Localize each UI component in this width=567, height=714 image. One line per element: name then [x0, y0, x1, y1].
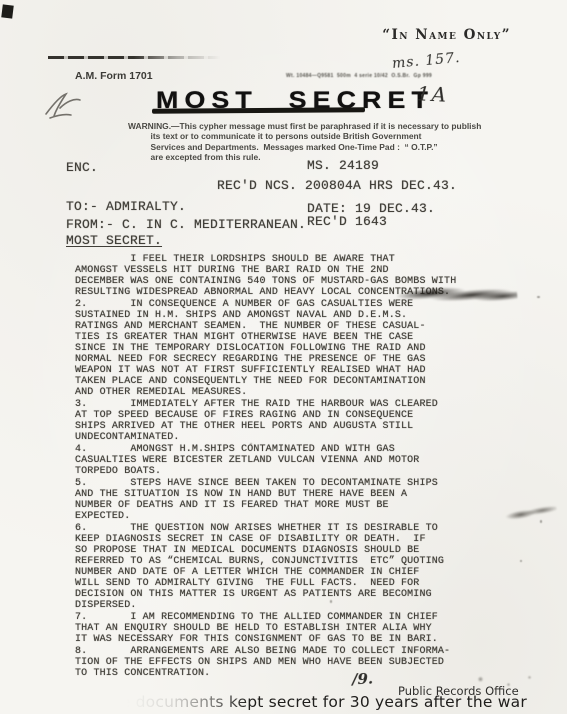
typed-line: I FEEL THEIR LORDSHIPS SHOULD BE AWARE T… [75, 254, 456, 265]
typed-line: NUMBER OF DEATHS AND IT IS FEARED THAT M… [75, 500, 456, 511]
typed-line: NUMBER AND DATE OF A LETTER WHICH THE CO… [75, 567, 456, 578]
typed-line: REFERRED TO AS “CHEMICAL BURNS, CONJUNCT… [75, 556, 456, 567]
warning-line: WARNING.—This cypher message must first … [128, 121, 459, 131]
paragraph: 5. STEPS HAVE SINCE BEEN TAKEN TO DECONT… [75, 478, 456, 522]
scan-speck [250, 443, 252, 445]
scan-speck [540, 520, 542, 523]
scan-speck [330, 600, 332, 603]
warning-line: are excepted from this rule. [128, 152, 459, 162]
typed-line: THAT AN ENQUIRY SHOULD BE HELD TO ESTABL… [75, 623, 456, 634]
typed-line: 3. IMMEDIATELY AFTER THE RAID THE HARBOU… [75, 399, 456, 410]
typed-line: DISPERSED. [75, 600, 456, 611]
pencil-line [48, 56, 220, 59]
typed-line: 8. ARRANGEMENTS ARE ALSO BEING MADE TO C… [75, 646, 456, 657]
typed-line: NORMAL NEED FOR SECRECY REGARDING THE PR… [75, 354, 456, 365]
typed-line: TORPEDO BOATS. [75, 466, 456, 477]
handwritten-paging-mark: /9. [352, 670, 374, 689]
typed-line: AND OTHER REMEDIAL MEASURES. [75, 387, 456, 398]
typed-line: TION OF THE EFFECTS ON SHIPS AND MEN WHO… [75, 657, 456, 668]
typed-line: 6. THE QUESTION NOW ARISES WHETHER IT IS… [75, 523, 456, 534]
paragraph: 3. IMMEDIATELY AFTER THE RAID THE HARBOU… [75, 399, 456, 443]
typed-line: 7. I AM RECOMMENDING TO THE ALLIED COMMA… [75, 612, 456, 623]
typed-line: TIES IS GREATER THAN MIGHT OTHERWISE HAV… [75, 332, 456, 343]
handwritten-page-mark: 1A [416, 81, 448, 107]
received-line: REC'D NCS. 200804A HRS DEC.43. [217, 178, 457, 193]
typed-line: TAKEN PLACE AND CONSEQUENTLY THE NEED FO… [75, 376, 456, 387]
typed-line: UNDECONTAMINATED. [75, 432, 456, 443]
scanned-document-page: “In Name Only” ms. 157. A.M. Form 1701 W… [0, 0, 567, 714]
body-paragraphs: I FEEL THEIR LORDSHIPS SHOULD BE AWARE T… [75, 254, 456, 679]
typed-line: WILL SEND TO ADMIRALTY GIVING THE FULL F… [75, 578, 456, 589]
form-number: A.M. Form 1701 [75, 70, 153, 82]
enc-label: ENC. [66, 160, 98, 175]
ms-number: MS. 24189 [307, 158, 379, 173]
typed-line: DECISION ON THIS MATTER IS URGENT AS PAT… [75, 589, 456, 600]
typed-line: AND THE SITUATION IS NOW IN HAND BUT THE… [75, 489, 456, 500]
ink-smudge [504, 501, 558, 525]
typed-line: DECEMBER WAS ONE CONTAINING 540 TONS OF … [75, 276, 456, 287]
in-name-only-stamp: “In Name Only” [382, 27, 511, 43]
paragraph: 2. IN CONSEQUENCE A NUMBER OF GAS CASUAL… [75, 299, 456, 398]
typed-line: AT TOP SPEED BECAUSE OF FIRES RAGING AND… [75, 410, 456, 421]
typed-line: RATINGS AND MERCHANT SEAMEN. THE NUMBER … [75, 321, 456, 332]
subject-heading: MOST SECRET. [66, 233, 162, 248]
warning-line: Services and Departments. Messages marke… [128, 142, 459, 152]
warning-block: WARNING.—This cypher message must first … [128, 121, 459, 163]
typed-line: AMONGST VESSELS HIT DURING THE BARI RAID… [75, 265, 456, 276]
typed-line: 5. STEPS HAVE SINCE BEEN TAKEN TO DECONT… [75, 478, 456, 489]
paragraph: 4. AMONGST H.M.SHIPS CONTAMINATED AND WI… [75, 444, 456, 477]
typed-line: SHIPS ARRIVED AT THE OTHER HEEL PORTS AN… [75, 421, 456, 432]
scan-speck [520, 560, 522, 562]
typed-line: SO PROPOSE THAT IN MEDICAL DOCUMENTS DIA… [75, 545, 456, 556]
paragraph: 6. THE QUESTION NOW ARISES WHETHER IT IS… [75, 523, 456, 611]
typed-line: 4. AMONGST H.M.SHIPS CONTAMINATED AND WI… [75, 444, 456, 455]
received-time: REC'D 1643 [307, 214, 387, 229]
typed-line: CASUALTIES WERE BICESTER ZETLAND VULCAN … [75, 455, 456, 466]
scan-speck [537, 296, 540, 298]
handwritten-reference: ms. 157. [391, 50, 461, 72]
from-line: FROM:- C. IN C. MEDITERRANEAN. [66, 217, 306, 232]
to-line: TO:- ADMIRALTY. [66, 199, 186, 214]
typed-line: TO THIS CONCENTRATION. [75, 668, 456, 679]
typed-line: EXPECTED. [75, 511, 456, 522]
typed-line: SINCE IN THE TEMPORARY DISLOCATION FOLLO… [75, 343, 456, 354]
typed-line: KEEP DIAGNOSIS SECRET IN CASE OF DISABIL… [75, 534, 456, 545]
warning-line: its text or to communicate it to persons… [128, 131, 459, 141]
pencil-scribble [40, 88, 92, 122]
scan-corner-mark [1, 4, 14, 18]
caption-fade [60, 690, 250, 714]
typed-line: WEAPON IT WAS NOT AT FIRST SUFFICIENTLY … [75, 365, 456, 376]
paragraph: 8. ARRANGEMENTS ARE ALSO BEING MADE TO C… [75, 646, 456, 679]
print-code: Wt. 10484—Q9581 500m 4 serie 10/42 O.S.B… [286, 73, 432, 79]
typed-line: IT WAS NECESSARY FOR THIS CONSIGNMENT OF… [75, 634, 456, 645]
paragraph: 7. I AM RECOMMENDING TO THE ALLIED COMMA… [75, 612, 456, 645]
